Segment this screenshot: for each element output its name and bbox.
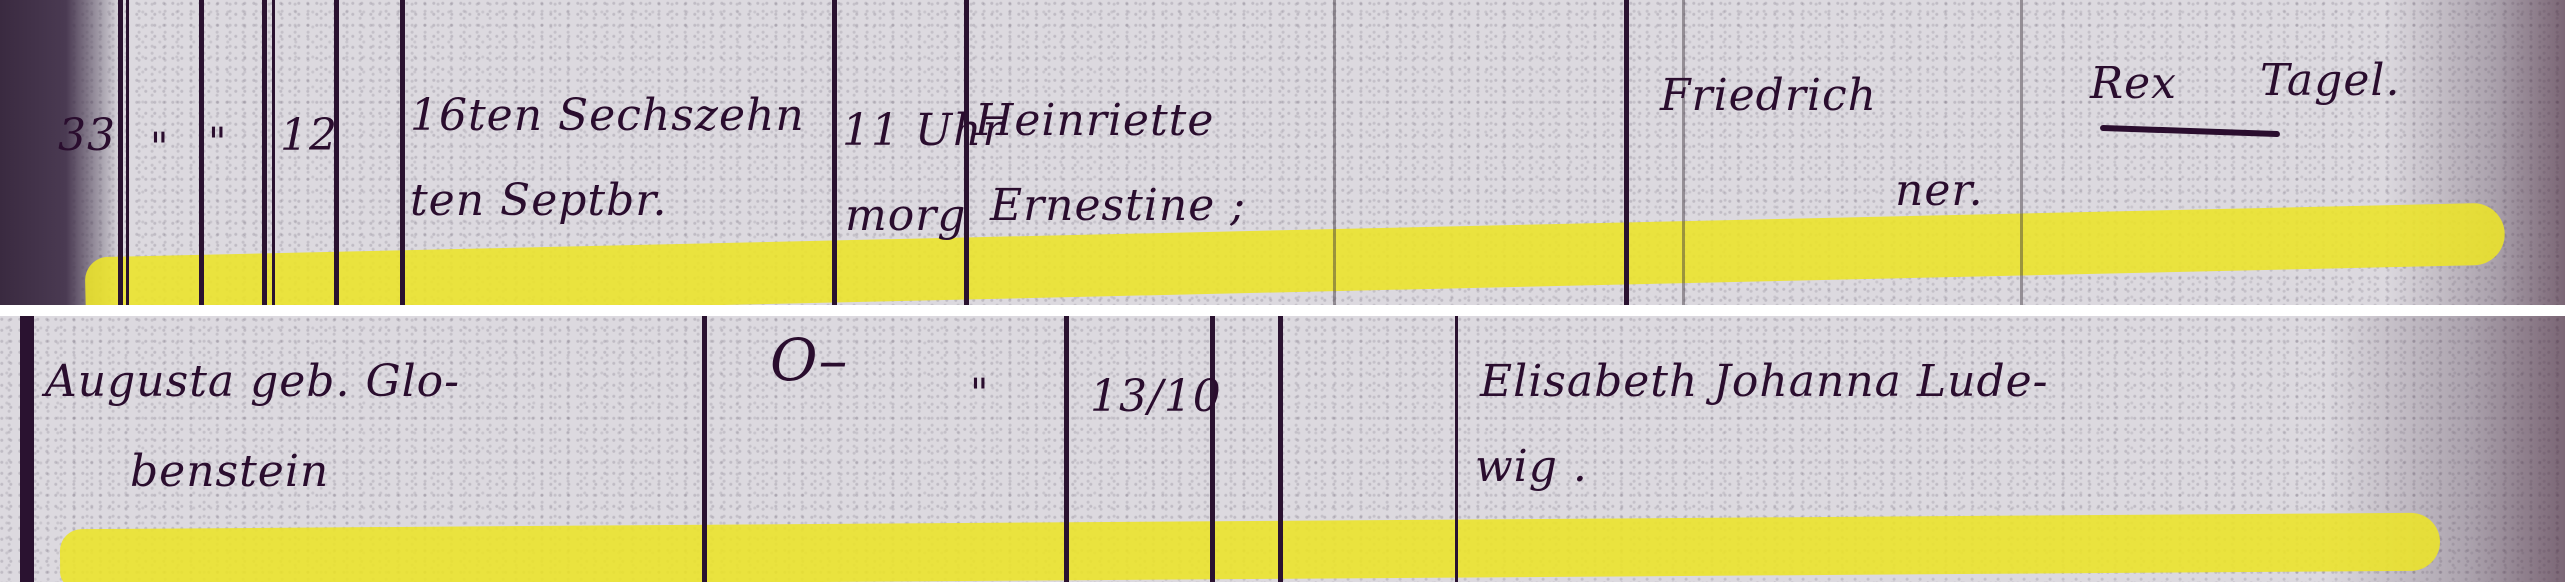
- column-rule: [1064, 316, 1069, 582]
- column-rule: [118, 0, 123, 305]
- column-rule-faint: [1333, 0, 1336, 305]
- ditto-mark: ": [150, 125, 169, 171]
- ditto-mark: ": [970, 371, 989, 417]
- child-name-line-2: Ernestine ;: [990, 180, 1246, 231]
- column-rule: [1624, 0, 1629, 305]
- father-surname: Rex: [2090, 58, 2177, 109]
- column-rule: [126, 0, 129, 305]
- column-rule: [400, 0, 405, 305]
- column-rule: [20, 316, 34, 582]
- register-row-bottom: Augusta geb. Glo- benstein O– " 13/10 El…: [0, 316, 2565, 582]
- column-rule: [1278, 316, 1283, 582]
- surname-underline: [2100, 125, 2280, 137]
- child-name-line-1: Heinriette: [975, 95, 1214, 146]
- column-rule: [832, 0, 837, 305]
- column-rule: [702, 316, 707, 582]
- column-rule-faint: [1682, 0, 1685, 305]
- column-value: 12: [280, 110, 338, 161]
- column-rule: [262, 0, 267, 305]
- date-line-2: ten Septbr.: [410, 175, 667, 226]
- symbol-mark: O–: [770, 326, 849, 394]
- column-rule: [1455, 316, 1458, 582]
- godparent-name-line-2: wig .: [1475, 441, 1588, 492]
- date-line-1: 16ten Sechszehn: [410, 90, 805, 141]
- father-given-name: Friedrich: [1660, 70, 1877, 121]
- column-rule: [1210, 316, 1215, 582]
- column-rule: [199, 0, 204, 305]
- entry-number: 33: [58, 110, 116, 161]
- register-row-top: 33 " " 12 16ten Sechszehn ten Septbr. 11…: [0, 0, 2565, 305]
- time-line-2: morg: [845, 190, 966, 241]
- strip-divider: [0, 305, 2565, 316]
- godparent-name-line-1: Elisabeth Johanna Lude-: [1480, 356, 2049, 407]
- mother-name-line-2: benstein: [130, 446, 329, 497]
- yellow-highlight-stroke: [60, 513, 2440, 582]
- father-occupation: Tagel.: [2260, 55, 2400, 106]
- mother-name-line-1: Augusta geb. Glo-: [45, 356, 460, 407]
- column-rule: [272, 0, 275, 305]
- father-occupation-cont: ner.: [1895, 165, 1984, 216]
- date-fraction: 13/10: [1090, 371, 1222, 422]
- ditto-mark: ": [208, 120, 227, 166]
- column-rule-faint: [2020, 0, 2023, 305]
